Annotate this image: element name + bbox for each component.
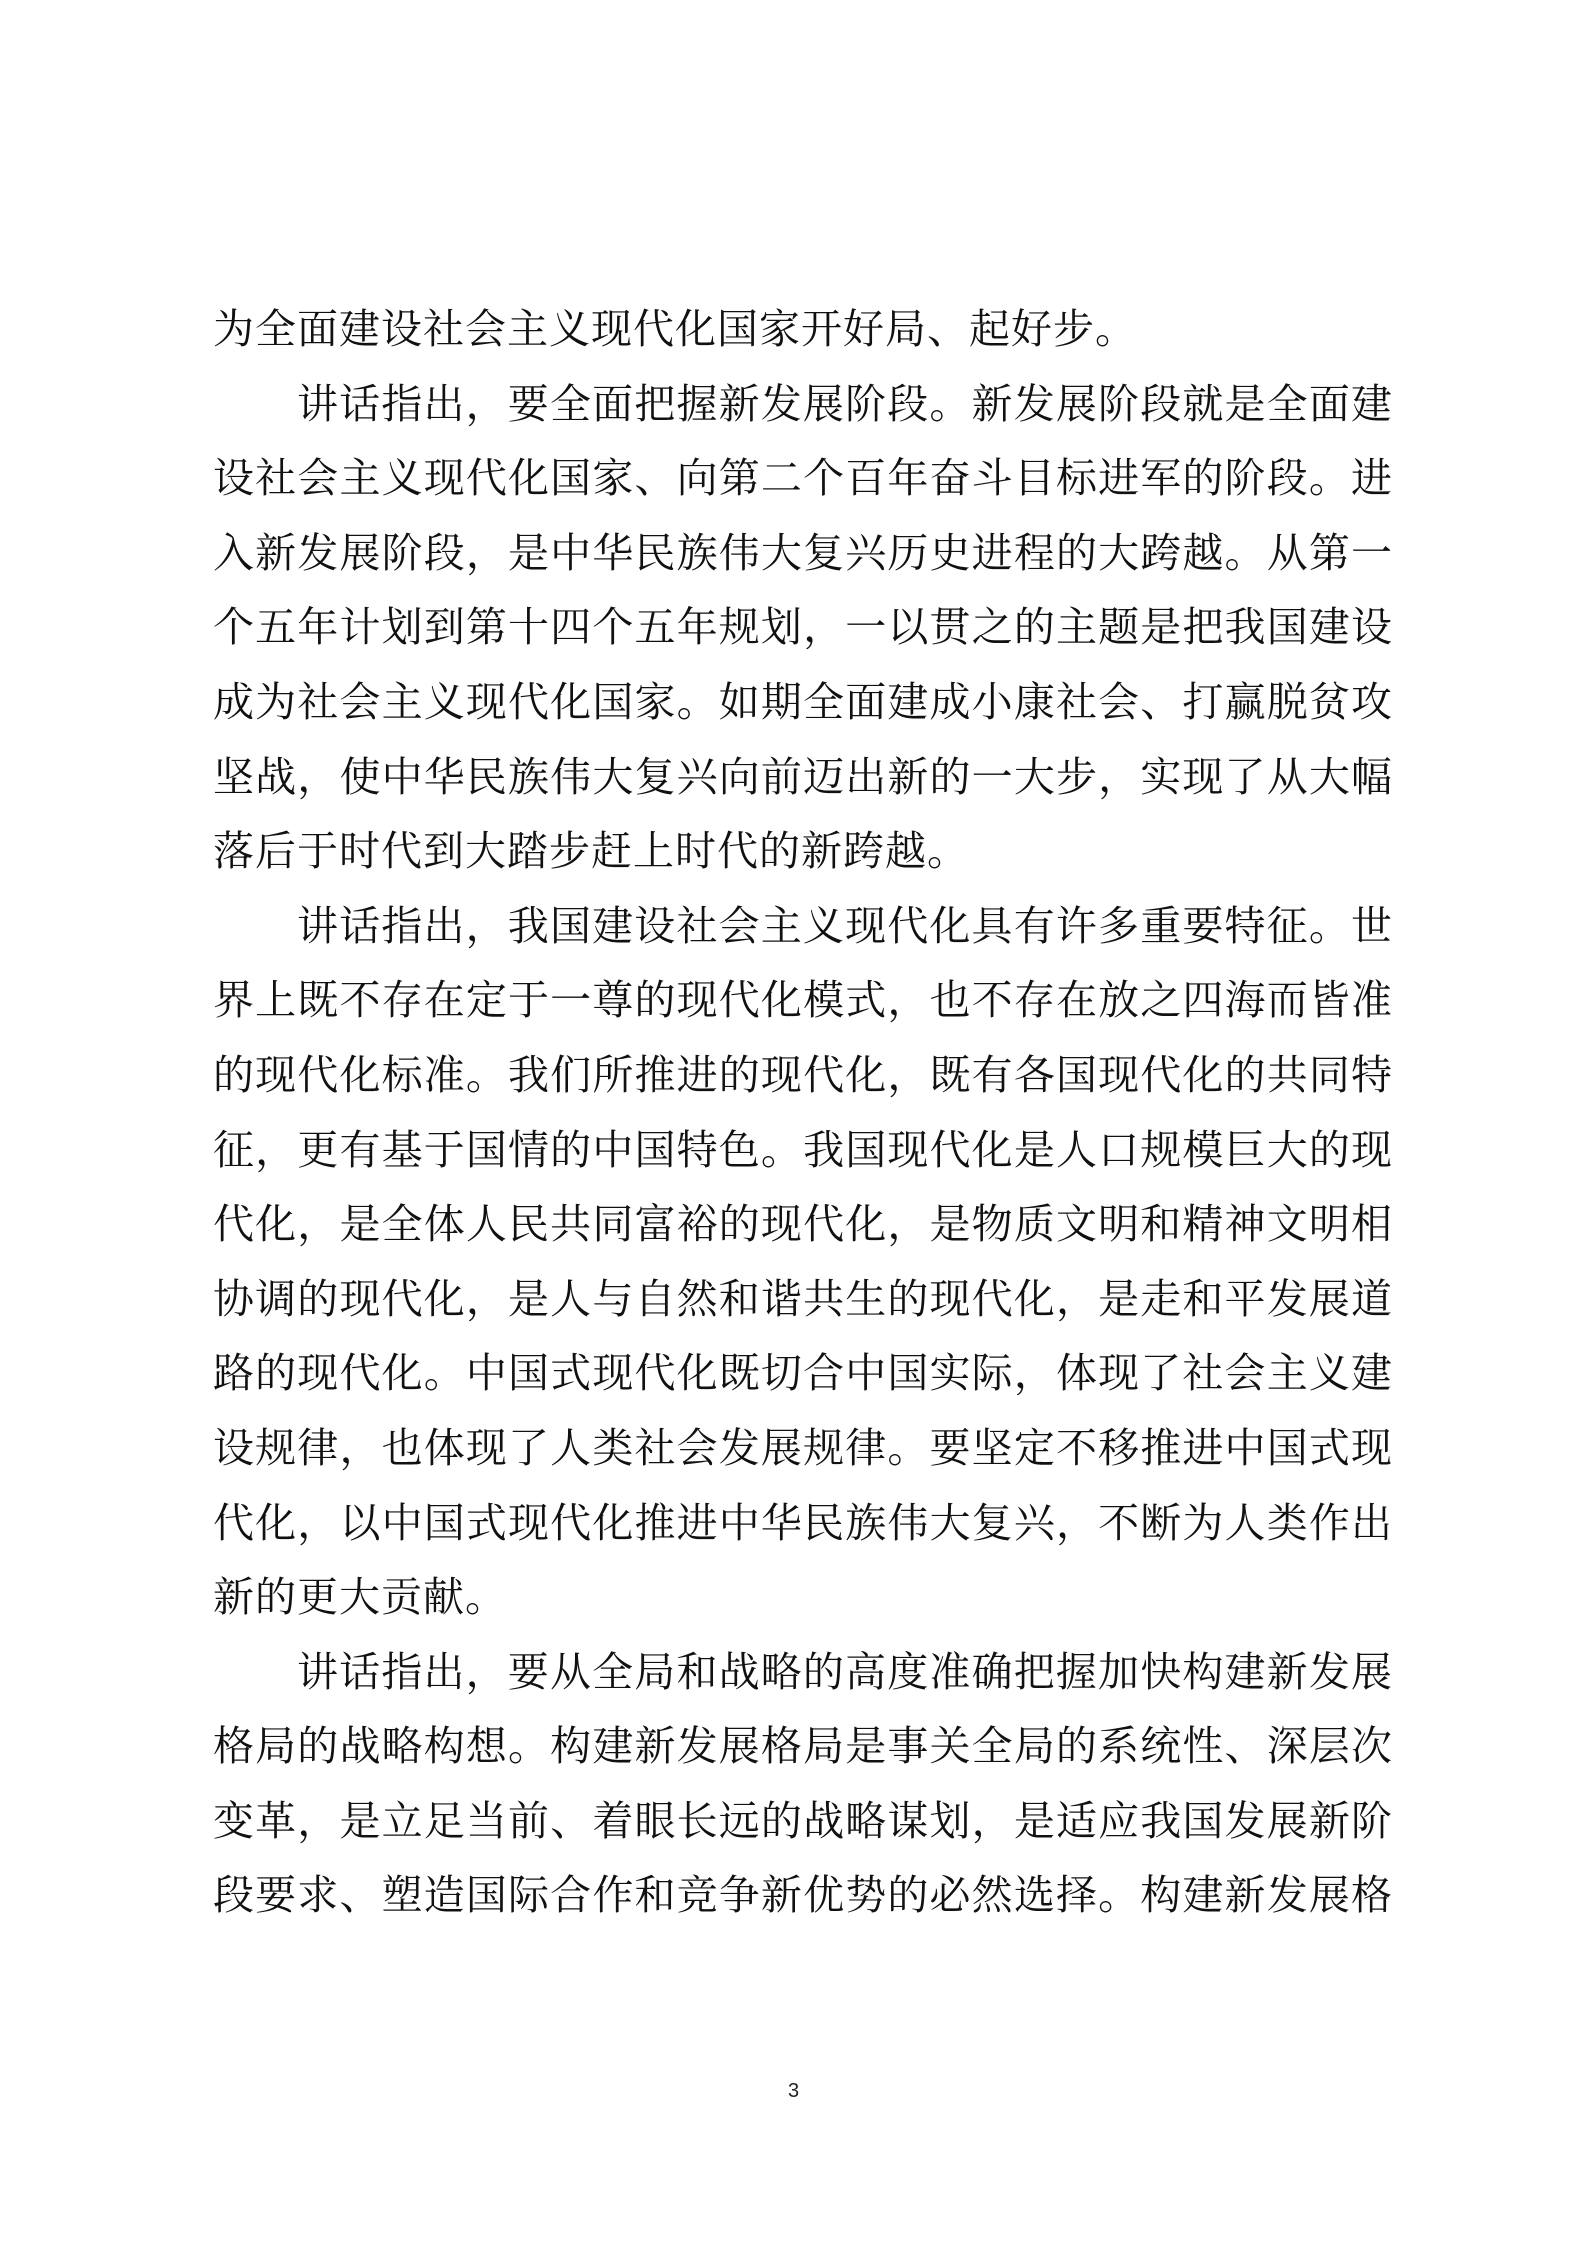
paragraph: 为全面建设社会主义现代化国家开好局、起好步。 <box>213 292 1393 367</box>
paragraph: 讲话指出，要从全局和战略的高度准确把握加快构建新发展格局的战略构想。构建新发展格… <box>213 1635 1393 1933</box>
text-line: 设规律，也体现了人类社会发展规律。要坚定不移推进中国式现 <box>213 1411 1393 1486</box>
text-line: 坚战，使中华民族伟大复兴向前迈出新的一大步，实现了从大幅 <box>213 740 1393 815</box>
text-line: 设社会主义现代化国家、向第二个百年奋斗目标进军的阶段。进 <box>213 441 1393 516</box>
text-line: 为全面建设社会主义现代化国家开好局、起好步。 <box>213 292 1393 367</box>
paragraph: 讲话指出，要全面把握新发展阶段。新发展阶段就是全面建设社会主义现代化国家、向第二… <box>213 367 1393 889</box>
text-line: 讲话指出，我国建设社会主义现代化具有许多重要特征。世 <box>213 889 1393 964</box>
text-line: 征，更有基于国情的中国特色。我国现代化是人口规模巨大的现 <box>213 1113 1393 1188</box>
text-line: 代化，以中国式现代化推进中华民族伟大复兴，不断为人类作出 <box>213 1486 1393 1561</box>
text-line: 段要求、塑造国际合作和竞争新优势的必然选择。构建新发展格 <box>213 1858 1393 1933</box>
text-line: 新的更大贡献。 <box>213 1560 1393 1635</box>
text-line: 界上既不存在定于一尊的现代化模式，也不存在放之四海而皆准 <box>213 963 1393 1038</box>
text-line: 讲话指出，要全面把握新发展阶段。新发展阶段就是全面建 <box>213 367 1393 442</box>
paragraph: 讲话指出，我国建设社会主义现代化具有许多重要特征。世界上既不存在定于一尊的现代化… <box>213 889 1393 1635</box>
text-line: 路的现代化。中国式现代化既切合中国实际，体现了社会主义建 <box>213 1336 1393 1411</box>
text-line: 个五年计划到第十四个五年规划，一以贯之的主题是把我国建设 <box>213 590 1393 665</box>
page-number: 3 <box>0 2080 1587 2103</box>
text-line: 协调的现代化，是人与自然和谐共生的现代化，是走和平发展道 <box>213 1262 1393 1337</box>
document-body: 为全面建设社会主义现代化国家开好局、起好步。讲话指出，要全面把握新发展阶段。新发… <box>213 292 1393 1933</box>
text-line: 的现代化标准。我们所推进的现代化，既有各国现代化的共同特 <box>213 1038 1393 1113</box>
text-line: 格局的战略构想。构建新发展格局是事关全局的系统性、深层次 <box>213 1709 1393 1784</box>
text-line: 代化，是全体人民共同富裕的现代化，是物质文明和精神文明相 <box>213 1187 1393 1262</box>
text-line: 入新发展阶段，是中华民族伟大复兴历史进程的大跨越。从第一 <box>213 516 1393 591</box>
text-line: 落后于时代到大踏步赶上时代的新跨越。 <box>213 814 1393 889</box>
text-line: 讲话指出，要从全局和战略的高度准确把握加快构建新发展 <box>213 1635 1393 1710</box>
text-line: 成为社会主义现代化国家。如期全面建成小康社会、打赢脱贫攻 <box>213 665 1393 740</box>
text-line: 变革，是立足当前、着眼长远的战略谋划，是适应我国发展新阶 <box>213 1784 1393 1859</box>
document-page: 为全面建设社会主义现代化国家开好局、起好步。讲话指出，要全面把握新发展阶段。新发… <box>0 0 1587 2245</box>
